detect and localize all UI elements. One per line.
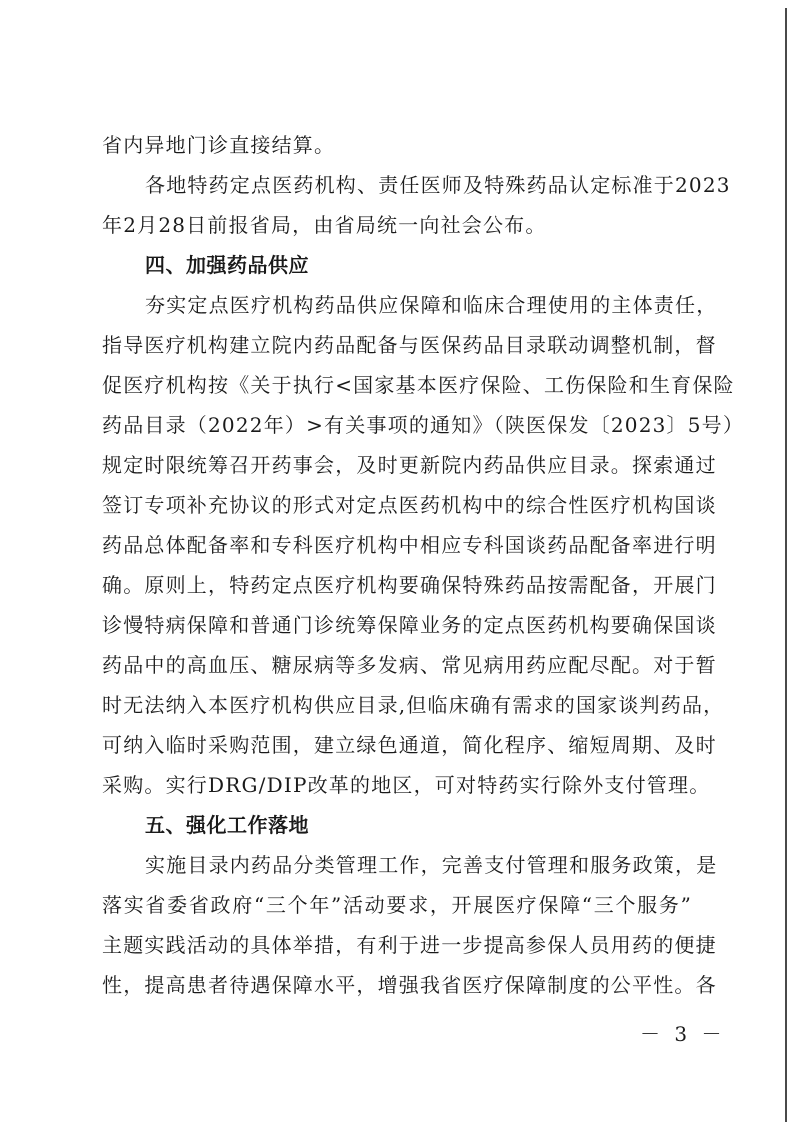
text-line: 性，提高患者待遇保障水平，增强我省医疗保障制度的公平性。各 (102, 965, 692, 1005)
scan-edge-border (785, 8, 787, 1122)
text-line: 药品中的高血压、糖尿病等多发病、常见病用药应配尽配。对于暂 (102, 645, 692, 685)
text-line: 夯实定点医疗机构药品供应保障和临床合理使用的主体责任， (102, 285, 692, 325)
text-line: 省内异地门诊直接结算。 (102, 125, 692, 165)
text-line: 签订专项补充协议的形式对定点医药机构中的综合性医疗机构国谈 (102, 485, 692, 525)
page-number: － 3 － (640, 1018, 725, 1047)
text-line: 实施目录内药品分类管理工作，完善支付管理和服务政策，是 (102, 845, 692, 885)
text-line: 采购。实行DRG/DIP改革的地区，可对特药实行除外支付管理。 (102, 765, 692, 805)
text-line: 确。原则上，特药定点医疗机构要确保特殊药品按需配备，开展门 (102, 565, 692, 605)
text-line: 时无法纳入本医疗机构供应目录,但临床确有需求的国家谈判药品， (102, 685, 692, 725)
text-line: 落实省委省政府“三个年”活动要求，开展医疗保障“三个服务” (102, 885, 692, 925)
text-line: 年2月28日前报省局，由省局统一向社会公布。 (102, 205, 692, 245)
text-line: 药品总体配备率和专科医疗机构中相应专科国谈药品配备率进行明 (102, 525, 692, 565)
text-line: 指导医疗机构建立院内药品配备与医保药品目录联动调整机制，督 (102, 325, 692, 365)
text-line: 可纳入临时采购范围，建立绿色通道，简化程序、缩短周期、及时 (102, 725, 692, 765)
text-line: 药品目录（2022年）>有关事项的通知》（陕医保发〔2023〕5号） (102, 405, 692, 445)
text-line: 促医疗机构按《关于执行<国家基本医疗保险、工伤保险和生育保险 (102, 365, 692, 405)
text-line: 诊慢特病保障和普通门诊统筹保障业务的定点医药机构要确保国谈 (102, 605, 692, 645)
section-heading-4: 四、加强药品供应 (102, 245, 692, 285)
text-line: 规定时限统筹召开药事会，及时更新院内药品供应目录。探索通过 (102, 445, 692, 485)
text-line: 主题实践活动的具体举措，有利于进一步提高参保人员用药的便捷 (102, 925, 692, 965)
text-line: 各地特药定点医药机构、责任医师及特殊药品认定标准于2023 (102, 165, 692, 205)
document-body: 省内异地门诊直接结算。 各地特药定点医药机构、责任医师及特殊药品认定标准于202… (102, 125, 692, 1005)
section-heading-5: 五、强化工作落地 (102, 805, 692, 845)
document-page: 省内异地门诊直接结算。 各地特药定点医药机构、责任医师及特殊药品认定标准于202… (0, 0, 794, 1122)
